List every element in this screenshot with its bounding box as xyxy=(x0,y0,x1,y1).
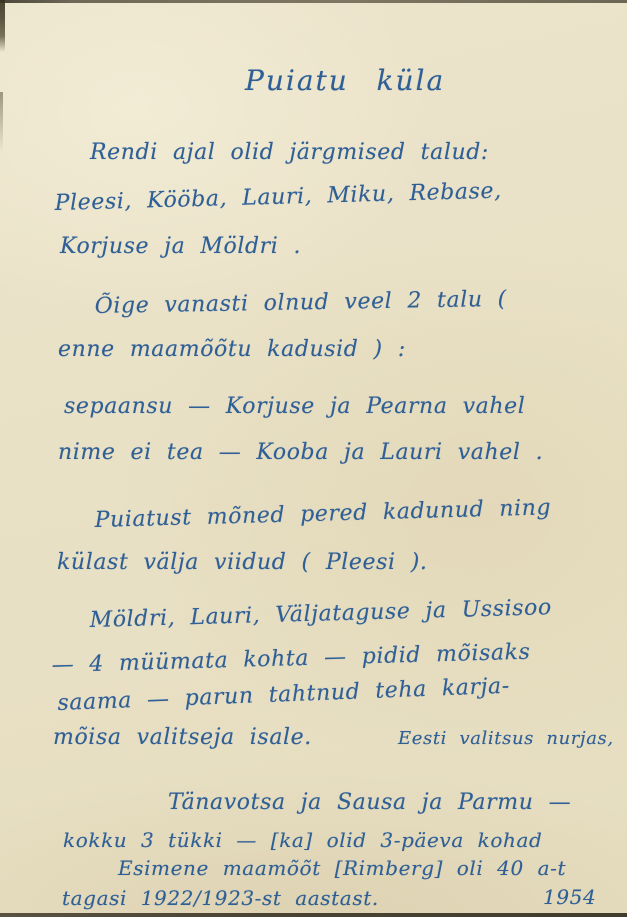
manuscript-page: Puiatu küla Rendi ajal olid järgmised ta… xyxy=(0,0,627,917)
year-note: 1954 xyxy=(543,885,596,909)
handwritten-line: nime ei tea — Kooba ja Lauri vahel . xyxy=(58,440,543,465)
handwritten-line: saama — parun tahtnud teha karja- xyxy=(57,674,510,716)
handwritten-line: enne maamõõtu kadusid ) : xyxy=(58,337,406,362)
handwritten-line: tagasi 1922/1923-st aastast. xyxy=(62,886,379,910)
handwritten-line: Puiatust mõned pered kadunud ning xyxy=(94,495,551,533)
handwritten-line: Esimene maamõõt [Rimberg] oli 40 a-t xyxy=(118,856,566,880)
scan-edge-bottom xyxy=(0,913,627,917)
side-note: Eesti valitsus nurjas, xyxy=(398,728,614,749)
scan-mark-left xyxy=(0,0,5,52)
handwritten-line: Möldri, Lauri, Väljataguse ja Ussisoo xyxy=(89,595,552,633)
handwritten-line: Rendi ajal olid järgmised talud: xyxy=(90,140,489,165)
handwritten-line: Korjuse ja Möldri . xyxy=(60,234,301,259)
handwritten-line: Tänavotsa ja Sausa ja Parmu — xyxy=(168,790,571,815)
handwritten-line: kokku 3 tükki — [ka] olid 3-päeva kohad xyxy=(63,828,542,852)
scan-edge-top xyxy=(0,0,627,3)
handwritten-line: mõisa valitseja isale. xyxy=(53,725,312,750)
handwritten-line: Õige vanasti olnud veel 2 talu ( xyxy=(95,287,508,319)
handwritten-line: külast välja viidud ( Pleesi ). xyxy=(57,550,427,575)
page-title: Puiatu küla xyxy=(245,64,445,97)
handwritten-line: Pleesi, Kööba, Lauri, Miku, Rebase, xyxy=(54,179,502,216)
scan-mark-left-faint xyxy=(0,92,3,152)
handwritten-line: sepaansu — Korjuse ja Pearna vahel xyxy=(64,394,525,419)
handwritten-line: — 4 müümata kohta — pidid mõisaks xyxy=(51,640,530,678)
